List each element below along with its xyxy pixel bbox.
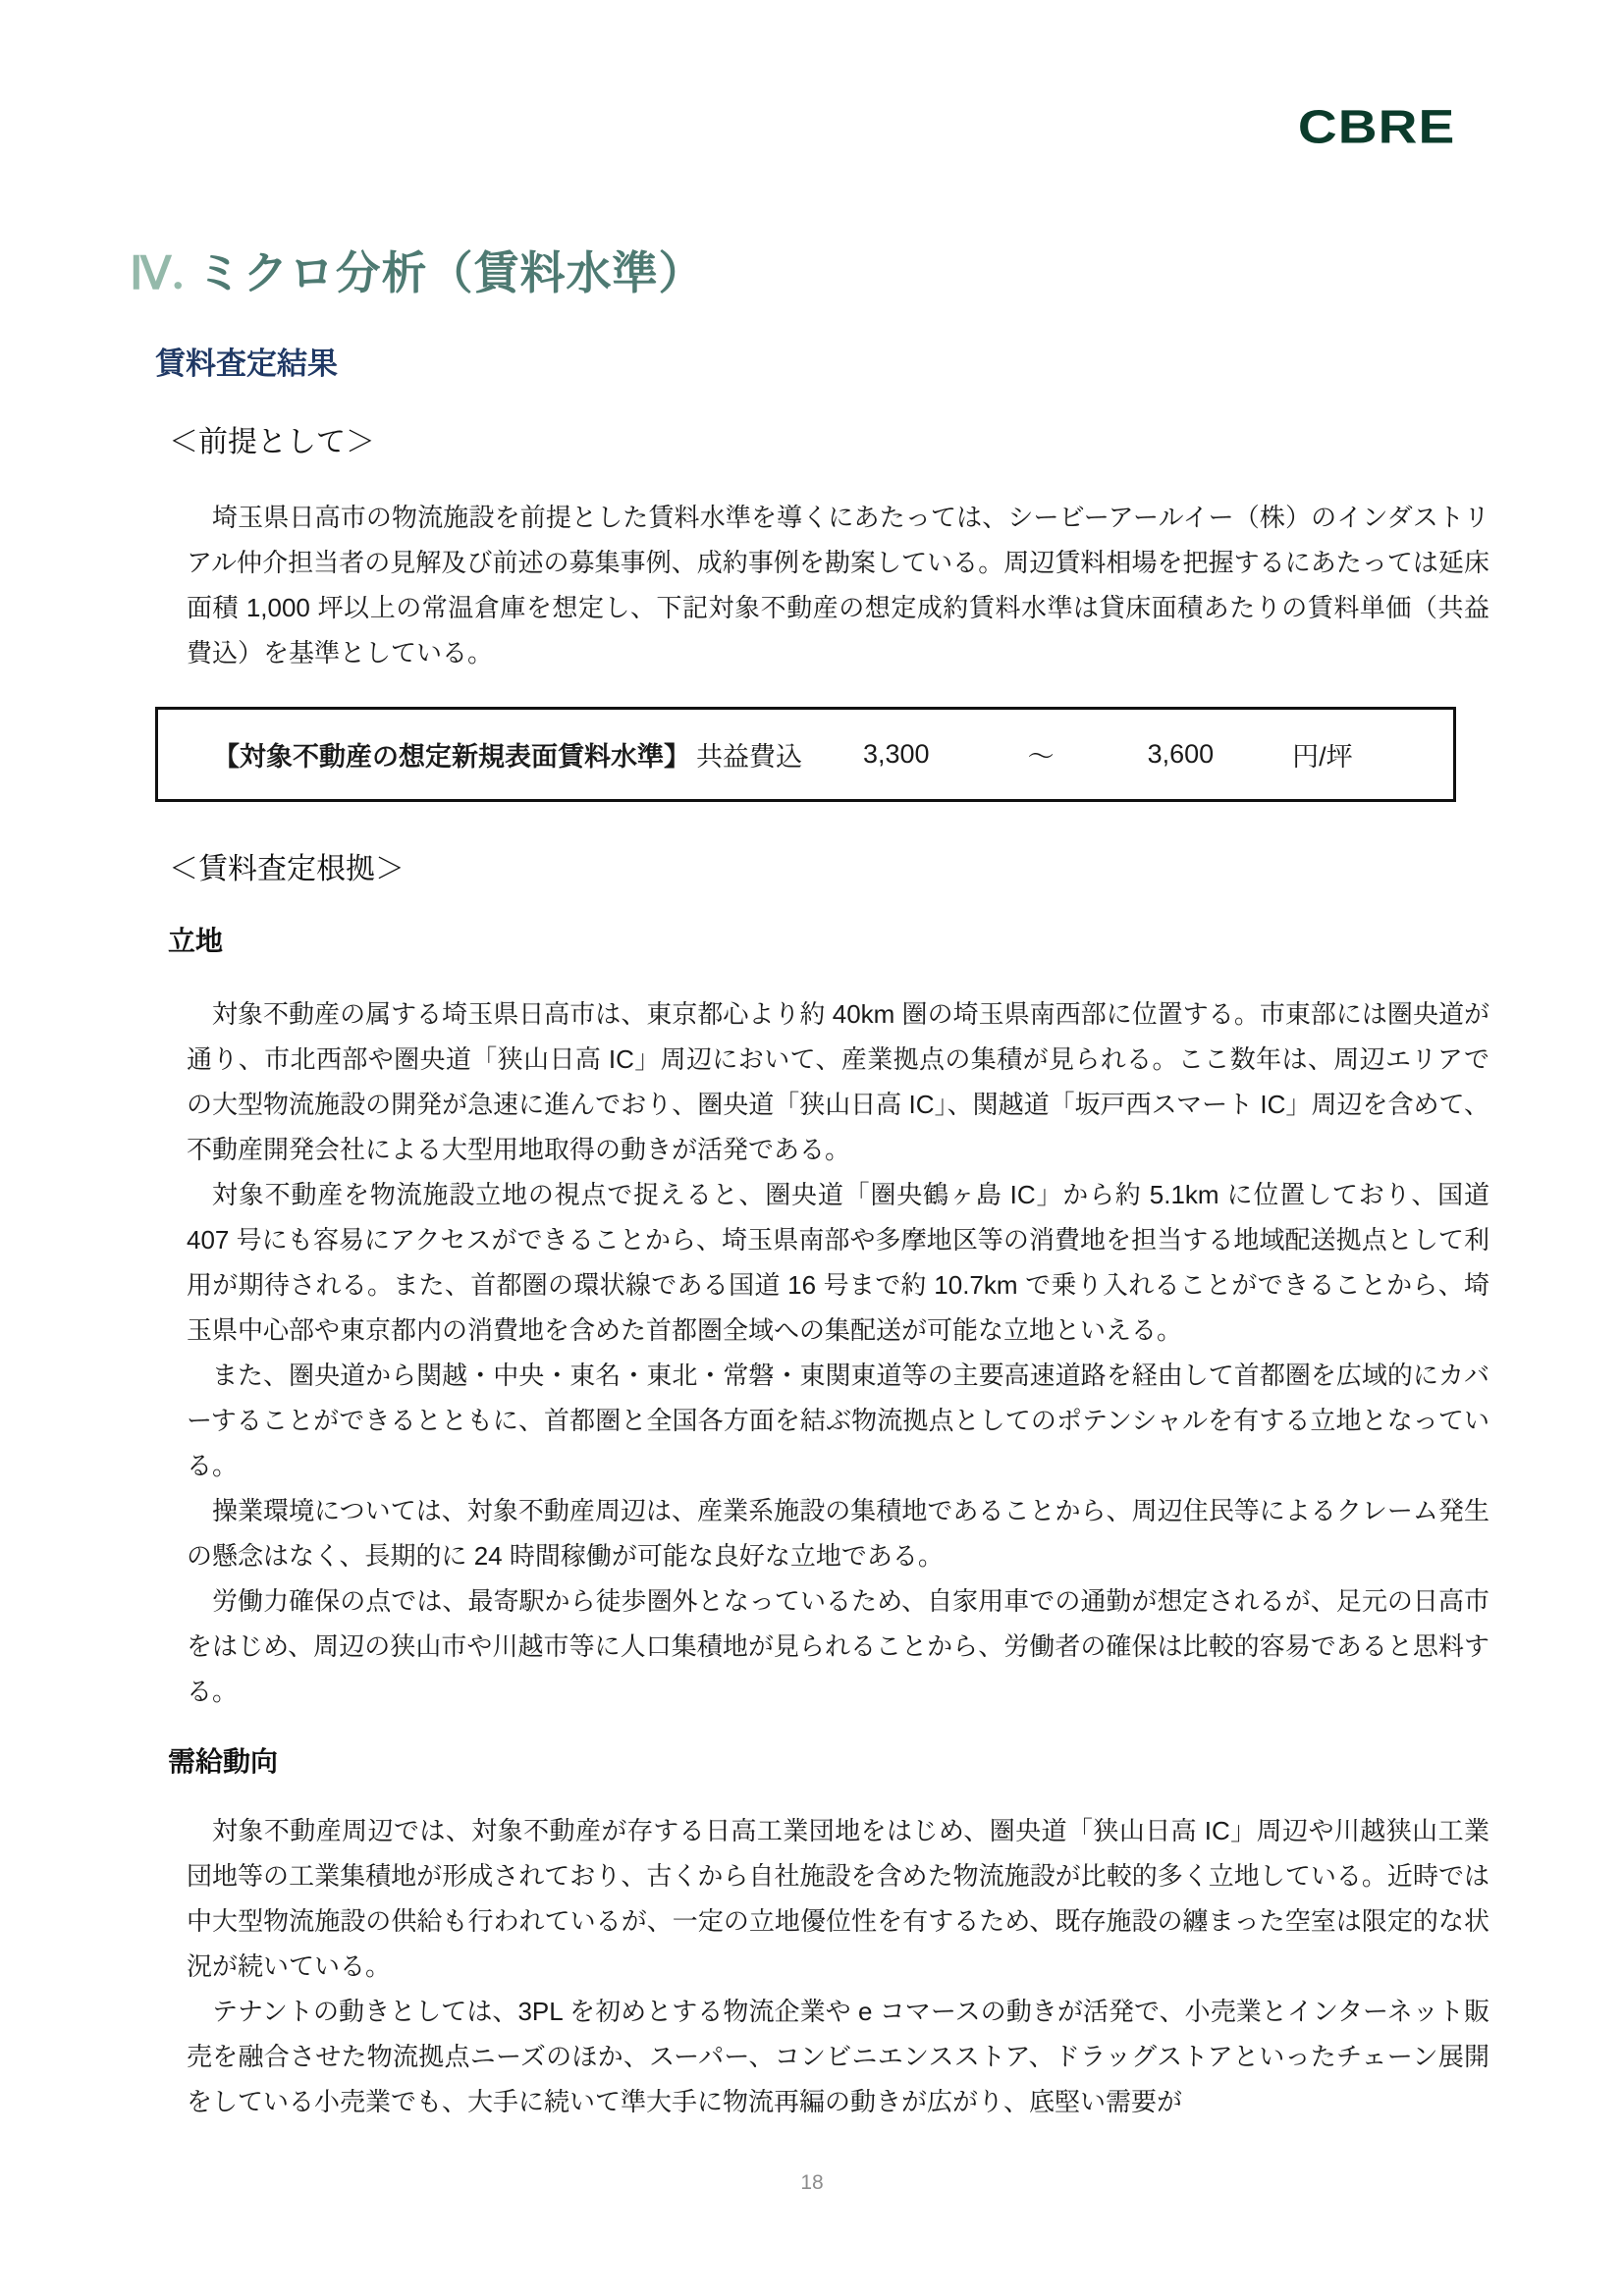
assumed-rent-box: 【対象不動産の想定新規表面賃料水準】 共益費込 3,300 ～ 3,600 円/…	[155, 707, 1456, 802]
location-heading: 立地	[168, 925, 1489, 958]
chapter-title: Ⅳ. ミクロ分析（賃料水準）	[130, 245, 1489, 301]
page-content: Ⅳ. ミクロ分析（賃料水準） 賃料査定結果 ＜前提として＞ 埼玉県日高市の物流施…	[0, 245, 1624, 2124]
location-paragraph-block: 対象不動産の属する埼玉県日高市は、東京都心より約 40km 圏の埼玉県南西部に位…	[187, 991, 1489, 1714]
rent-box-max: 3,600	[1148, 739, 1215, 770]
rent-box-tilde: ～	[1028, 735, 1055, 774]
rent-box-fee-note: 共益費込	[696, 735, 802, 774]
supply-demand-paragraph: 対象不動産周辺では、対象不動産が存する日高工業団地をはじめ、圏央道「狭山日高 I…	[187, 1808, 1489, 1989]
premise-heading: ＜前提として＞	[169, 424, 1489, 461]
chapter-title-text: ミクロ分析（賃料水準）	[196, 248, 704, 298]
supply-demand-heading: 需給動向	[168, 1745, 1489, 1779]
rent-assessment-result-heading: 賃料査定結果	[155, 346, 1489, 383]
page-number: 18	[0, 2171, 1624, 2195]
rent-box-min: 3,300	[863, 739, 930, 770]
supply-demand-paragraph: テナントの動きとしては、3PL を初めとする物流企業や e コマースの動きが活発…	[187, 1989, 1489, 2124]
supply-demand-paragraph-block: 対象不動産周辺では、対象不動産が存する日高工業団地をはじめ、圏央道「狭山日高 I…	[187, 1808, 1489, 2124]
location-paragraph: また、圏央道から関越・中央・東名・東北・常磐・東関東道等の主要高速道路を経由して…	[187, 1353, 1489, 1488]
location-paragraph: 操業環境については、対象不動産周辺は、産業系施設の集積地であることから、周辺住民…	[187, 1488, 1489, 1578]
cbre-logo: CBRE	[1298, 104, 1455, 151]
chapter-number: Ⅳ.	[130, 248, 185, 298]
rent-box-unit: 円/坪	[1292, 735, 1353, 774]
location-paragraph: 労働力確保の点では、最寄駅から徒歩圏外となっているため、自家用車での通勤が想定さ…	[187, 1578, 1489, 1714]
premise-paragraph: 埼玉県日高市の物流施設を前提とした賃料水準を導くにあたっては、シービーアールイー…	[187, 495, 1489, 675]
location-paragraph: 対象不動産の属する埼玉県日高市は、東京都心より約 40km 圏の埼玉県南西部に位…	[187, 991, 1489, 1172]
document-page: CBRE Ⅳ. ミクロ分析（賃料水準） 賃料査定結果 ＜前提として＞ 埼玉県日高…	[0, 0, 1624, 2296]
location-paragraph: 対象不動産を物流施設立地の視点で捉えると、圏央道「圏央鶴ヶ島 IC」から約 5.…	[187, 1172, 1489, 1353]
rent-box-label: 【対象不動産の想定新規表面賃料水準】	[213, 735, 690, 774]
assessment-basis-heading: ＜賃料査定根拠＞	[169, 851, 1489, 888]
premise-paragraph-block: 埼玉県日高市の物流施設を前提とした賃料水準を導くにあたっては、シービーアールイー…	[187, 495, 1489, 675]
